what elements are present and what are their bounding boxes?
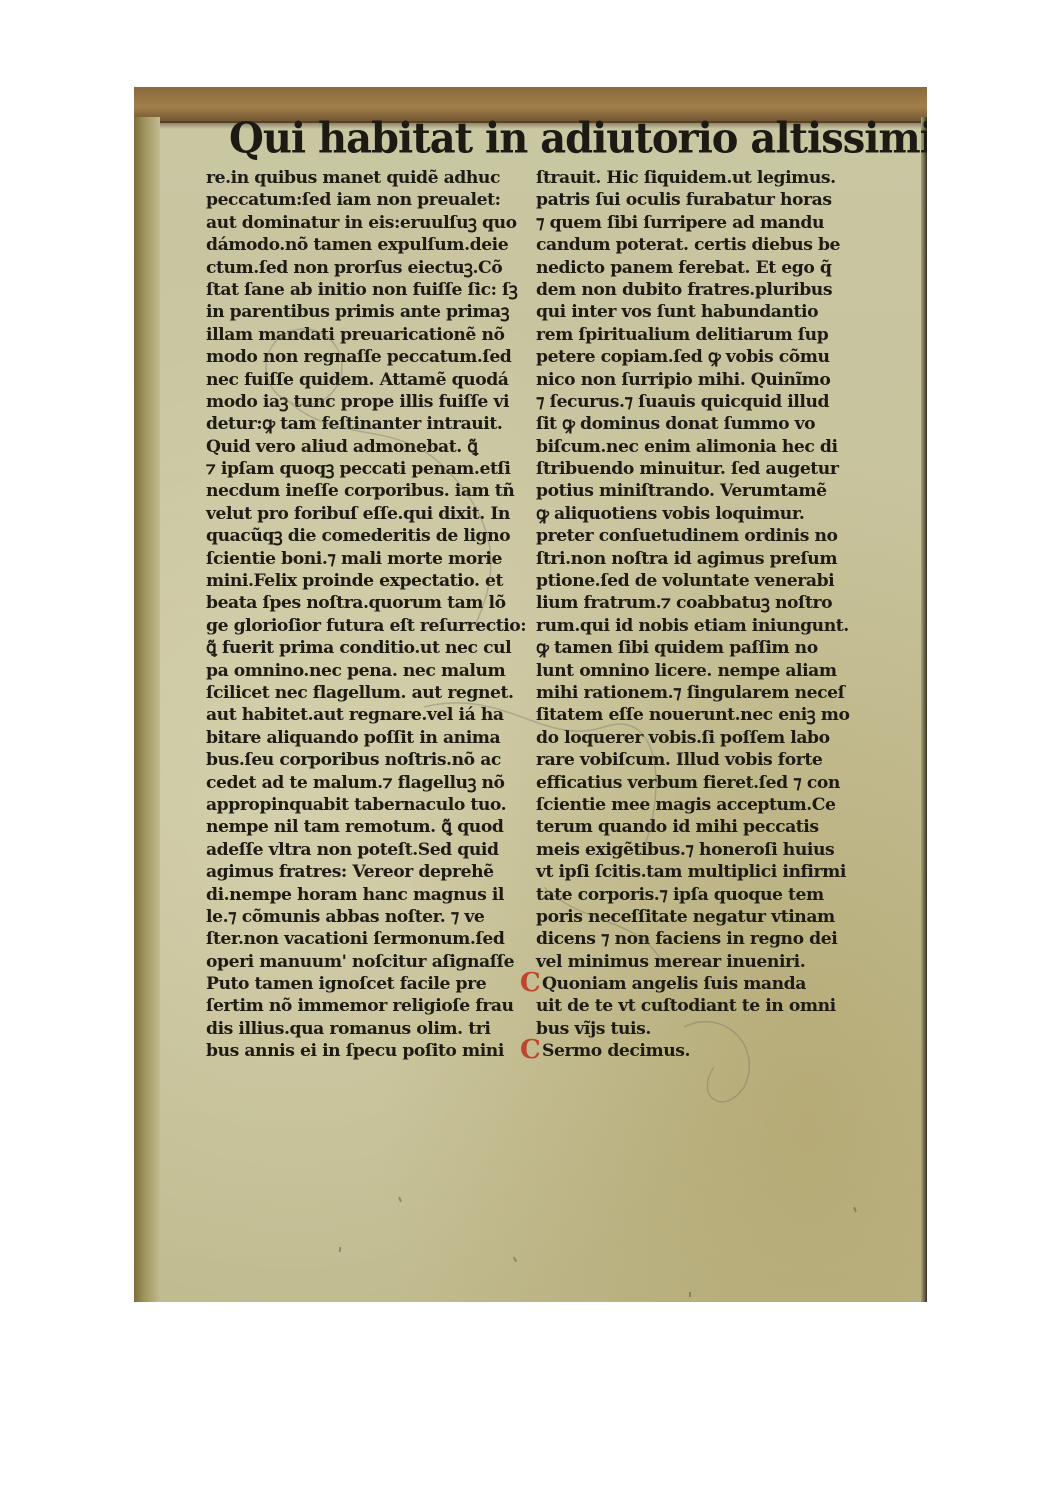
page-photograph: Qui habitat in adiutorio altissimi. re.i…: [134, 87, 927, 1302]
text-line: ſter.non vacationi ſermonum.ſed: [206, 928, 526, 950]
text-line: rem ſpiritualium delitiarum ſup: [536, 324, 866, 346]
text-line: biſcum.nec enim alimonia hec di: [536, 436, 866, 458]
line-text: Quoniam angelis ſuis manda: [542, 974, 806, 994]
line-text: nedicto panem ferebat. Et ego q̃: [536, 258, 831, 278]
text-line: bus vĩjs tuis.: [536, 1018, 866, 1040]
line-text: peccatum:ſed iam non preualet:: [206, 190, 500, 210]
line-text: necdum ineſſe corporibus. iam tñ: [206, 481, 514, 501]
text-line: pa omnino.nec pena. nec malum: [206, 660, 526, 682]
text-line: tate corporis.⁊ ipſa quoque tem: [536, 884, 866, 906]
line-text: mihi rationem.⁊ ſingularem neceſ: [536, 683, 845, 703]
line-text: patris ſui oculis furabatur horas: [536, 190, 832, 210]
text-line: bitare aliquando poſſit in anima: [206, 727, 526, 749]
line-text: rare vobiſcum. Illud vobis forte: [536, 750, 822, 770]
line-text: bitare aliquando poſſit in anima: [206, 728, 500, 748]
line-text: le.⁊ cõmunis abbas noſter. ⁊ ve: [206, 907, 484, 927]
line-text: aut dominatur in eis:eruulſuꝫ quo: [206, 213, 517, 233]
line-text: ſtribuendo minuitur. ſed augetur: [536, 459, 838, 479]
text-line: cedet ad te malum.⁊ flagelluꝫ nõ: [206, 772, 526, 794]
text-line: Puto tamen ignoſcet facile pre: [206, 973, 526, 995]
line-text: ſcientie mee magis acceptum.Ce: [536, 795, 836, 815]
text-line: patris ſui oculis furabatur horas: [536, 189, 866, 211]
text-line: ſtrauit. Hic ſiquidem.ut legimus.: [536, 167, 866, 189]
line-text: ſit ꝙ dominus donat ſummo vo: [536, 414, 815, 434]
line-text: quacũqꝫ die comederitis de ligno: [206, 526, 510, 546]
page-edge: [921, 117, 927, 1302]
line-text: preter conſuetudinem ordinis no: [536, 526, 838, 546]
text-line: detur:ꝙ tam feſtinanter intrauit.: [206, 413, 526, 435]
line-text: ſtri.non noſtra id agimus preſum: [536, 549, 837, 569]
gutter-shadow: [134, 117, 160, 1302]
line-text: lium fratrum.⁊ coabbatuꝫ noſtro: [536, 593, 832, 613]
text-line: ge glorioſior futura eſt reſurrectio:: [206, 615, 526, 637]
rubric-paragraph-mark: C: [520, 1040, 536, 1060]
line-text: petere copiam.ſed ꝙ vobis cõmu: [536, 347, 830, 367]
text-line: aut dominatur in eis:eruulſuꝫ quo: [206, 212, 526, 234]
text-line: bus.ſeu corporibus noſtris.nõ ac: [206, 749, 526, 771]
line-text: bus vĩjs tuis.: [536, 1019, 651, 1039]
text-line: aut habitet.aut regnare.vel iá ha: [206, 704, 526, 726]
line-text: ptione.ſed de voluntate venerabi: [536, 571, 834, 591]
line-text: re.in quibus manet quidẽ adhuc: [206, 168, 500, 188]
text-line: ſtri.non noſtra id agimus preſum: [536, 548, 866, 570]
line-text: velut pro foribuſ eſſe.qui dixit. In: [206, 504, 510, 524]
text-line: modo iaꝫ tunc prope illis fuiſſe vi: [206, 391, 526, 413]
text-line: nempe nil tam remotum. ꝗ̃ quod: [206, 816, 526, 838]
text-line: terum quando id mihi peccatis: [536, 816, 866, 838]
line-text: appropinquabit tabernaculo tuo.: [206, 795, 506, 815]
line-text: candum poterat. certis diebus be: [536, 235, 840, 255]
text-line: uit de te vt cuſtodiant te in omni: [536, 995, 866, 1017]
text-line: potius miniſtrando. Verumtamẽ: [536, 480, 866, 502]
text-line: CQuoniam angelis ſuis manda: [536, 973, 866, 995]
text-line: ꝙ aliquotiens vobis loquimur.: [536, 503, 866, 525]
line-text: aut habitet.aut regnare.vel iá ha: [206, 705, 504, 725]
line-text: ſtat ſane ab initio non fuiſſe ſic: ſꝫ: [206, 280, 517, 300]
text-line: ⁊ ſecurus.⁊ ſuauis quicquid illud: [536, 391, 866, 413]
line-text: nico non ſurripio mihi. Quinĩmo: [536, 370, 830, 390]
line-text: agimus fratres: Vereor deprehẽ: [206, 862, 494, 882]
text-line: dis illius.qua romanus olim. tri: [206, 1018, 526, 1040]
line-text: uit de te vt cuſtodiant te in omni: [536, 996, 836, 1016]
text-line: agimus fratres: Vereor deprehẽ: [206, 861, 526, 883]
text-line: appropinquabit tabernaculo tuo.: [206, 794, 526, 816]
line-text: ⁊ ſecurus.⁊ ſuauis quicquid illud: [536, 392, 829, 412]
text-line: bus annis ei in ſpecu poſito mini: [206, 1040, 526, 1062]
line-text: meis exigẽtibus.⁊ honeroſi huius: [536, 840, 834, 860]
text-line: ſitatem eſſe nouerunt.nec eniꝫ mo: [536, 704, 866, 726]
text-line: rare vobiſcum. Illud vobis forte: [536, 749, 866, 771]
text-line: ſtat ſane ab initio non fuiſſe ſic: ſꝫ: [206, 279, 526, 301]
text-line: nec fuiſſe quidem. Attamẽ quodá: [206, 369, 526, 391]
text-line: qui inter vos ſunt habundantio: [536, 301, 866, 323]
text-line: petere copiam.ſed ꝙ vobis cõmu: [536, 346, 866, 368]
text-line: ⁊ quem ſibi ſurripere ad mandu: [536, 212, 866, 234]
line-text: terum quando id mihi peccatis: [536, 817, 819, 837]
text-line: ſcientie boni.⁊ mali morte morie: [206, 548, 526, 570]
text-line: nico non ſurripio mihi. Quinĩmo: [536, 369, 866, 391]
line-text: detur:ꝙ tam feſtinanter intrauit.: [206, 414, 502, 434]
text-line: preter conſuetudinem ordinis no: [536, 525, 866, 547]
text-line: necdum ineſſe corporibus. iam tñ: [206, 480, 526, 502]
rubric-paragraph-mark: C: [520, 973, 536, 993]
line-text: ſter.non vacationi ſermonum.ſed: [206, 929, 504, 949]
text-line: mihi rationem.⁊ ſingularem neceſ: [536, 682, 866, 704]
text-line: vel minimus merear inueniri.: [536, 951, 866, 973]
line-text: Quid vero aliud admonebat. ꝗ̃: [206, 437, 478, 457]
text-line: ptione.ſed de voluntate venerabi: [536, 570, 866, 592]
text-line: modo non regnaſſe peccatum.ſed: [206, 346, 526, 368]
text-line: ſertim nõ immemor religioſe frau: [206, 995, 526, 1017]
line-text: dis illius.qua romanus olim. tri: [206, 1019, 490, 1039]
line-text: Puto tamen ignoſcet facile pre: [206, 974, 486, 994]
text-line: dem non dubito fratres.pluribus: [536, 279, 866, 301]
text-line: operi manuum' noſcitur aſignaſſe: [206, 951, 526, 973]
line-text: cedet ad te malum.⁊ flagelluꝫ nõ: [206, 773, 505, 793]
line-text: operi manuum' noſcitur aſignaſſe: [206, 952, 514, 972]
line-text: modo iaꝫ tunc prope illis fuiſſe vi: [206, 392, 509, 412]
text-line: CSermo decimus.: [536, 1040, 866, 1062]
line-text: mini.Felix proinde expectatio. et: [206, 571, 503, 591]
text-line: nedicto panem ferebat. Et ego q̃: [536, 257, 866, 279]
line-text: ⁊ quem ſibi ſurripere ad mandu: [536, 213, 824, 233]
line-text: rem ſpiritualium delitiarum ſup: [536, 325, 828, 345]
line-text: di.nempe horam hanc magnus il: [206, 885, 504, 905]
text-line: efficatius verbum fieret.ſed ⁊ con: [536, 772, 866, 794]
text-line: in parentibus primis ante primaꝫ: [206, 301, 526, 323]
text-line: poris neceſſitate negatur vtinam: [536, 906, 866, 928]
line-text: potius miniſtrando. Verumtamẽ: [536, 481, 827, 501]
running-head: Qui habitat in adiutorio altissimi.: [229, 114, 927, 163]
line-text: efficatius verbum fieret.ſed ⁊ con: [536, 773, 840, 793]
text-line: adeſſe vltra non poteſt.Sed quid: [206, 839, 526, 861]
line-text: do loquerer vobis.ſi poſſem labo: [536, 728, 830, 748]
text-line: do loquerer vobis.ſi poſſem labo: [536, 727, 866, 749]
line-text: ſertim nõ immemor religioſe frau: [206, 996, 514, 1016]
text-line: mini.Felix proinde expectatio. et: [206, 570, 526, 592]
text-line: dicens ⁊ non faciens in regno dei: [536, 928, 866, 950]
line-text: modo non regnaſſe peccatum.ſed: [206, 347, 511, 367]
text-line: vt ipſi ſcitis.tam multiplici infirmi: [536, 861, 866, 883]
line-text: ꝙ tamen ſibi quidem paſſim no: [536, 638, 818, 658]
text-column-left: re.in quibus manet quidẽ adhucpeccatum:ſ…: [206, 167, 526, 1063]
line-text: pa omnino.nec pena. nec malum: [206, 661, 505, 681]
line-text: vel minimus merear inueniri.: [536, 952, 805, 972]
line-text: nec fuiſſe quidem. Attamẽ quodá: [206, 370, 509, 390]
line-text: ſtrauit. Hic ſiquidem.ut legimus.: [536, 168, 836, 188]
text-line: ſcientie mee magis acceptum.Ce: [536, 794, 866, 816]
line-text: ctum.ſed non prorſus eiectuꝫ.Cõ: [206, 258, 502, 278]
line-text: lunt omnino licere. nempe aliam: [536, 661, 837, 681]
line-text: Sermo decimus.: [542, 1041, 690, 1061]
text-line: ctum.ſed non prorſus eiectuꝫ.Cõ: [206, 257, 526, 279]
text-line: le.⁊ cõmunis abbas noſter. ⁊ ve: [206, 906, 526, 928]
text-line: ꝙ tamen ſibi quidem paſſim no: [536, 637, 866, 659]
text-line: ſtribuendo minuitur. ſed augetur: [536, 458, 866, 480]
line-text: tate corporis.⁊ ipſa quoque tem: [536, 885, 824, 905]
line-text: illam mandati preuaricationẽ nõ: [206, 325, 505, 345]
line-text: dámodo.nõ tamen expulſum.deie: [206, 235, 508, 255]
line-text: adeſſe vltra non poteſt.Sed quid: [206, 840, 499, 860]
line-text: bus annis ei in ſpecu poſito mini: [206, 1041, 504, 1061]
line-text: poris neceſſitate negatur vtinam: [536, 907, 835, 927]
text-line: di.nempe horam hanc magnus il: [206, 884, 526, 906]
text-line: candum poterat. certis diebus be: [536, 234, 866, 256]
line-text: ⁊ ipſam quoqꝫ peccati penam.etſi: [206, 459, 510, 479]
text-line: beata ſpes noſtra.quorum tam lõ: [206, 592, 526, 614]
line-text: bus.ſeu corporibus noſtris.nõ ac: [206, 750, 501, 770]
line-text: ꝗ̃ fuerit prima conditio.ut nec cul: [206, 638, 511, 658]
line-text: vt ipſi ſcitis.tam multiplici infirmi: [536, 862, 846, 882]
text-line: Quid vero aliud admonebat. ꝗ̃: [206, 436, 526, 458]
line-text: rum.qui id nobis etiam iniungunt.: [536, 616, 849, 636]
line-text: ꝙ aliquotiens vobis loquimur.: [536, 504, 804, 524]
text-line: ⁊ ipſam quoqꝫ peccati penam.etſi: [206, 458, 526, 480]
line-text: dem non dubito fratres.pluribus: [536, 280, 832, 300]
text-line: ꝗ̃ fuerit prima conditio.ut nec cul: [206, 637, 526, 659]
text-line: meis exigẽtibus.⁊ honeroſi huius: [536, 839, 866, 861]
line-text: in parentibus primis ante primaꝫ: [206, 302, 509, 322]
text-line: quacũqꝫ die comederitis de ligno: [206, 525, 526, 547]
line-text: ge glorioſior futura eſt reſurrectio:: [206, 616, 526, 636]
text-column-right: ſtrauit. Hic ſiquidem.ut legimus.patris …: [536, 167, 866, 1063]
line-text: nempe nil tam remotum. ꝗ̃ quod: [206, 817, 503, 837]
line-text: ſcientie boni.⁊ mali morte morie: [206, 549, 502, 569]
text-line: lium fratrum.⁊ coabbatuꝫ noſtro: [536, 592, 866, 614]
text-line: lunt omnino licere. nempe aliam: [536, 660, 866, 682]
text-line: ſit ꝙ dominus donat ſummo vo: [536, 413, 866, 435]
text-line: peccatum:ſed iam non preualet:: [206, 189, 526, 211]
text-line: re.in quibus manet quidẽ adhuc: [206, 167, 526, 189]
text-line: ſcilicet nec flagellum. aut regnet.: [206, 682, 526, 704]
line-text: ſitatem eſſe nouerunt.nec eniꝫ mo: [536, 705, 849, 725]
line-text: qui inter vos ſunt habundantio: [536, 302, 818, 322]
line-text: beata ſpes noſtra.quorum tam lõ: [206, 593, 506, 613]
line-text: dicens ⁊ non faciens in regno dei: [536, 929, 837, 949]
line-text: biſcum.nec enim alimonia hec di: [536, 437, 838, 457]
text-line: dámodo.nõ tamen expulſum.deie: [206, 234, 526, 256]
line-text: ſcilicet nec flagellum. aut regnet.: [206, 683, 514, 703]
text-line: velut pro foribuſ eſſe.qui dixit. In: [206, 503, 526, 525]
text-line: illam mandati preuaricationẽ nõ: [206, 324, 526, 346]
text-line: rum.qui id nobis etiam iniungunt.: [536, 615, 866, 637]
